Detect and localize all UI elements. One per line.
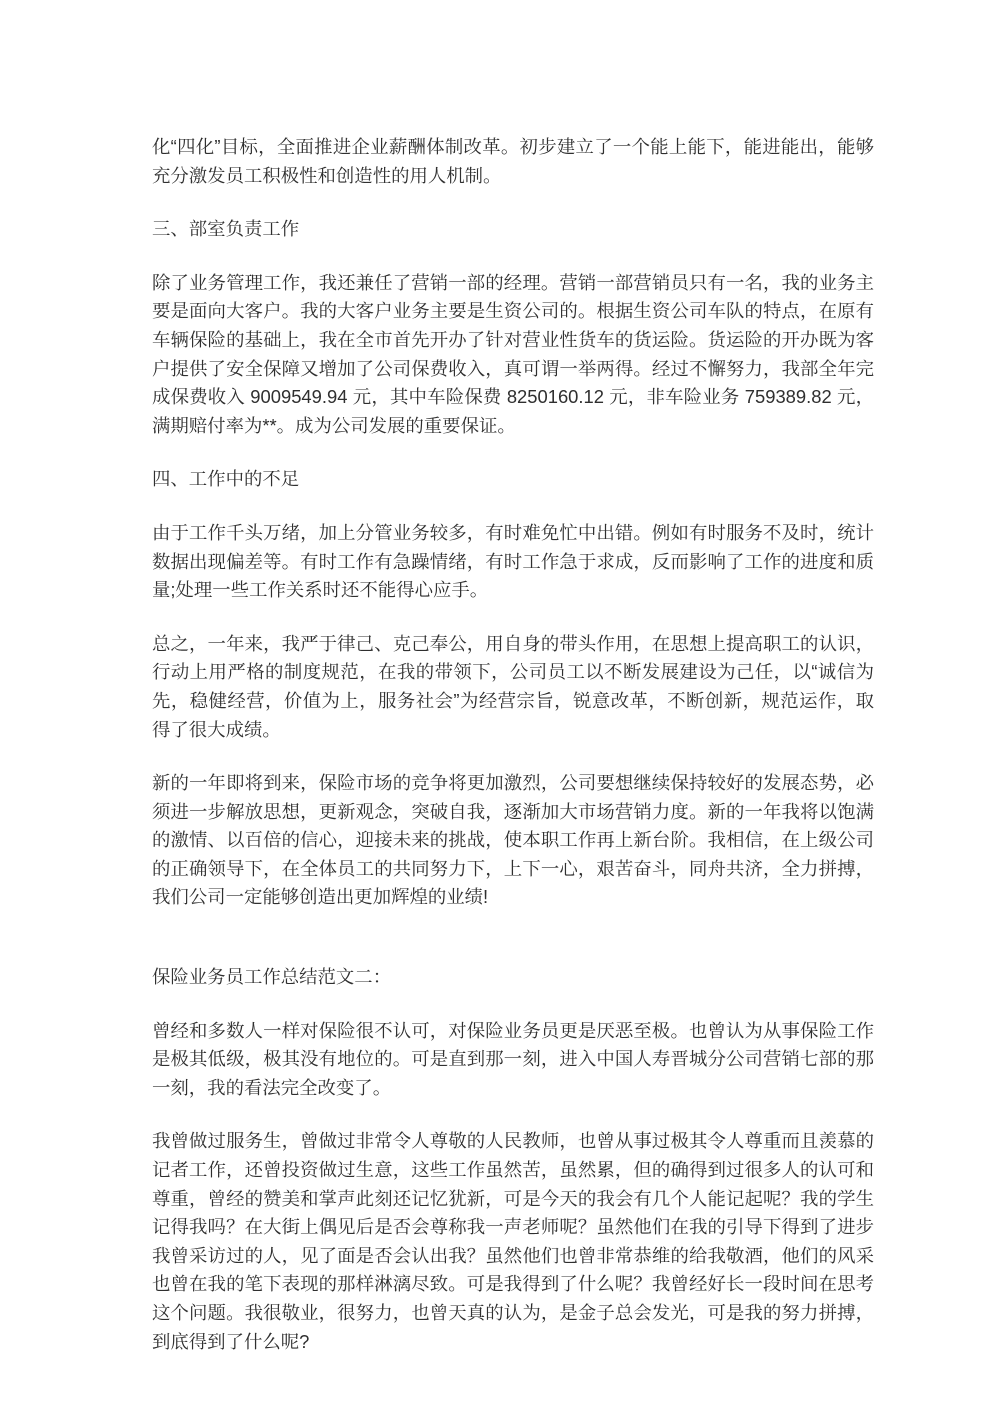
section-heading-4: 四、工作中的不足 xyxy=(152,465,874,494)
paragraph: 化“四化”目标，全面推进企业薪酬体制改革。初步建立了一个能上能下，能进能出，能够… xyxy=(152,133,874,190)
section-heading-3: 三、部室负责工作 xyxy=(152,215,874,244)
paragraph: 总之，一年来，我严于律己、克己奉公，用自身的带头作用，在思想上提高职工的认识，行… xyxy=(152,630,874,744)
paragraph: 我曾做过服务生，曾做过非常令人尊敬的人民教师，也曾从事过极其令人尊重而且羡慕的记… xyxy=(152,1127,874,1356)
paragraph: 曾经和多数人一样对保险很不认可，对保险业务员更是厌恶至极。也曾认为从事保险工作是… xyxy=(152,1017,874,1103)
document-viewport: { "page": { "background": "#ffffff", "te… xyxy=(0,0,1000,1415)
paragraph: 除了业务管理工作，我还兼任了营销一部的经理。营销一部营销员只有一名，我的业务主要… xyxy=(152,269,874,441)
document-page: 化“四化”目标，全面推进企业薪酬体制改革。初步建立了一个能上能下，能进能出，能够… xyxy=(152,133,874,1381)
paragraph: 由于工作千头万绪，加上分管业务较多，有时难免忙中出错。例如有时服务不及时，统计数… xyxy=(152,519,874,605)
paragraph: 新的一年即将到来，保险市场的竞争将更加激烈，公司要想继续保持较好的发展态势，必须… xyxy=(152,769,874,912)
essay-two-title: 保险业务员工作总结范文二： xyxy=(152,963,874,992)
